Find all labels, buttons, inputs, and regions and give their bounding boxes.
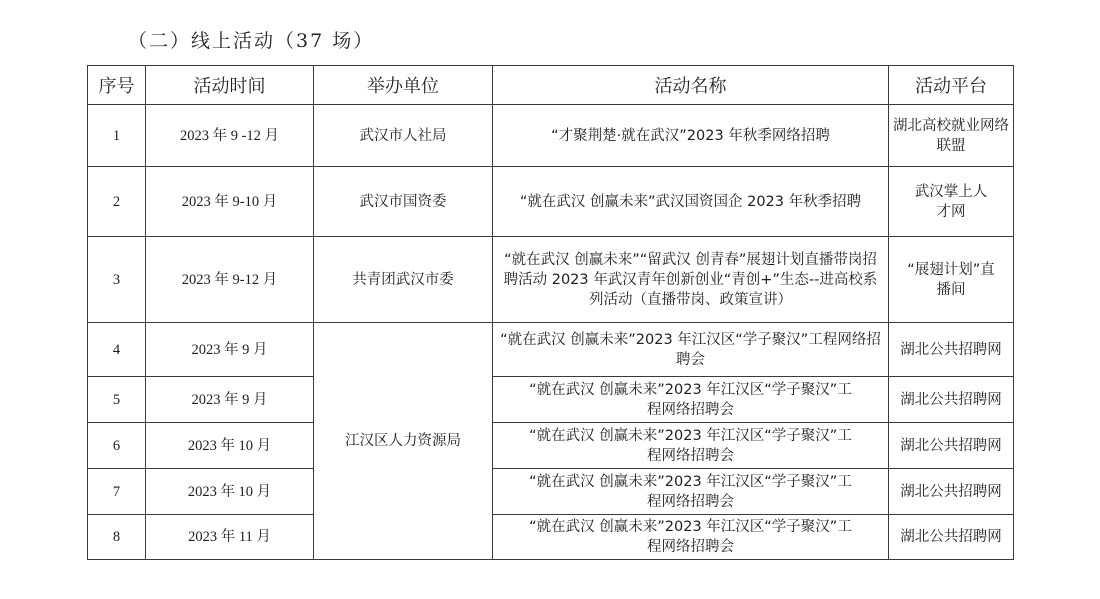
table-row: 2 2023 年 9-10 月 武汉市国资委 “就在武汉 创赢未来”武汉国资国企… [88, 167, 1014, 237]
table-row: 5 2023 年 9 月 “就在武汉 创赢未来”2023 年江汉区“学子聚汉”工… [88, 377, 1014, 423]
section-title: （二）线上活动（37 场） [128, 26, 374, 53]
cell-organizer: 武汉市人社局 [314, 105, 493, 167]
header-index: 序号 [88, 66, 146, 105]
cell-time: 2023 年 9-10 月 [146, 167, 314, 237]
online-activities-table: 序号 活动时间 举办单位 活动名称 活动平台 1 2023 年 9 -12 月 … [87, 65, 1014, 560]
header-name: 活动名称 [493, 66, 889, 105]
cell-platform: “展翅计划”直播间 [889, 237, 1014, 323]
cell-time: 2023 年 10 月 [146, 469, 314, 515]
cell-index: 3 [88, 237, 146, 323]
cell-time: 2023 年 10 月 [146, 423, 314, 469]
cell-index: 1 [88, 105, 146, 167]
header-time: 活动时间 [146, 66, 314, 105]
cell-platform: 湖北高校就业网络联盟 [889, 105, 1014, 167]
cell-index: 6 [88, 423, 146, 469]
cell-index: 7 [88, 469, 146, 515]
cell-platform: 湖北公共招聘网 [889, 377, 1014, 423]
table-header-row: 序号 活动时间 举办单位 活动名称 活动平台 [88, 66, 1014, 105]
cell-time: 2023 年 9 月 [146, 377, 314, 423]
cell-name: “就在武汉 创赢未来”2023 年江汉区“学子聚汉”工程网络招聘会 [493, 469, 889, 515]
table-row: 1 2023 年 9 -12 月 武汉市人社局 “才聚荆楚·就在武汉”2023 … [88, 105, 1014, 167]
cell-index: 5 [88, 377, 146, 423]
cell-platform: 武汉掌上人才网 [889, 167, 1014, 237]
cell-organizer-merged: 江汉区人力资源局 [314, 323, 493, 560]
cell-name: “就在武汉 创赢未来”2023 年江汉区“学子聚汉”工程网络招聘会 [493, 423, 889, 469]
table-row: 7 2023 年 10 月 “就在武汉 创赢未来”2023 年江汉区“学子聚汉”… [88, 469, 1014, 515]
table-row: 8 2023 年 11 月 “就在武汉 创赢未来”2023 年江汉区“学子聚汉”… [88, 515, 1014, 560]
cell-platform: 湖北公共招聘网 [889, 515, 1014, 560]
cell-name: “就在武汉 创赢未来”武汉国资国企 2023 年秋季招聘 [493, 167, 889, 237]
cell-time: 2023 年 9 月 [146, 323, 314, 377]
cell-organizer: 共青团武汉市委 [314, 237, 493, 323]
cell-platform: 湖北公共招聘网 [889, 323, 1014, 377]
cell-platform: 湖北公共招聘网 [889, 423, 1014, 469]
cell-time: 2023 年 9 -12 月 [146, 105, 314, 167]
cell-index: 4 [88, 323, 146, 377]
header-platform: 活动平台 [889, 66, 1014, 105]
cell-name: “才聚荆楚·就在武汉”2023 年秋季网络招聘 [493, 105, 889, 167]
header-organizer: 举办单位 [314, 66, 493, 105]
cell-name: “就在武汉 创赢未来”2023 年江汉区“学子聚汉”工程网络招聘会 [493, 377, 889, 423]
cell-platform: 湖北公共招聘网 [889, 469, 1014, 515]
table-row: 3 2023 年 9-12 月 共青团武汉市委 “就在武汉 创赢未来”“留武汉 … [88, 237, 1014, 323]
cell-organizer: 武汉市国资委 [314, 167, 493, 237]
cell-index: 2 [88, 167, 146, 237]
cell-time: 2023 年 9-12 月 [146, 237, 314, 323]
cell-name: “就在武汉 创赢未来”2023 年江汉区“学子聚汉”工程网络招聘会 [493, 323, 889, 377]
cell-index: 8 [88, 515, 146, 560]
table-row: 4 2023 年 9 月 江汉区人力资源局 “就在武汉 创赢未来”2023 年江… [88, 323, 1014, 377]
cell-name: “就在武汉 创赢未来”“留武汉 创青春”展翅计划直播带岗招聘活动 2023 年武… [493, 237, 889, 323]
cell-time: 2023 年 11 月 [146, 515, 314, 560]
table-row: 6 2023 年 10 月 “就在武汉 创赢未来”2023 年江汉区“学子聚汉”… [88, 423, 1014, 469]
cell-name: “就在武汉 创赢未来”2023 年江汉区“学子聚汉”工程网络招聘会 [493, 515, 889, 560]
